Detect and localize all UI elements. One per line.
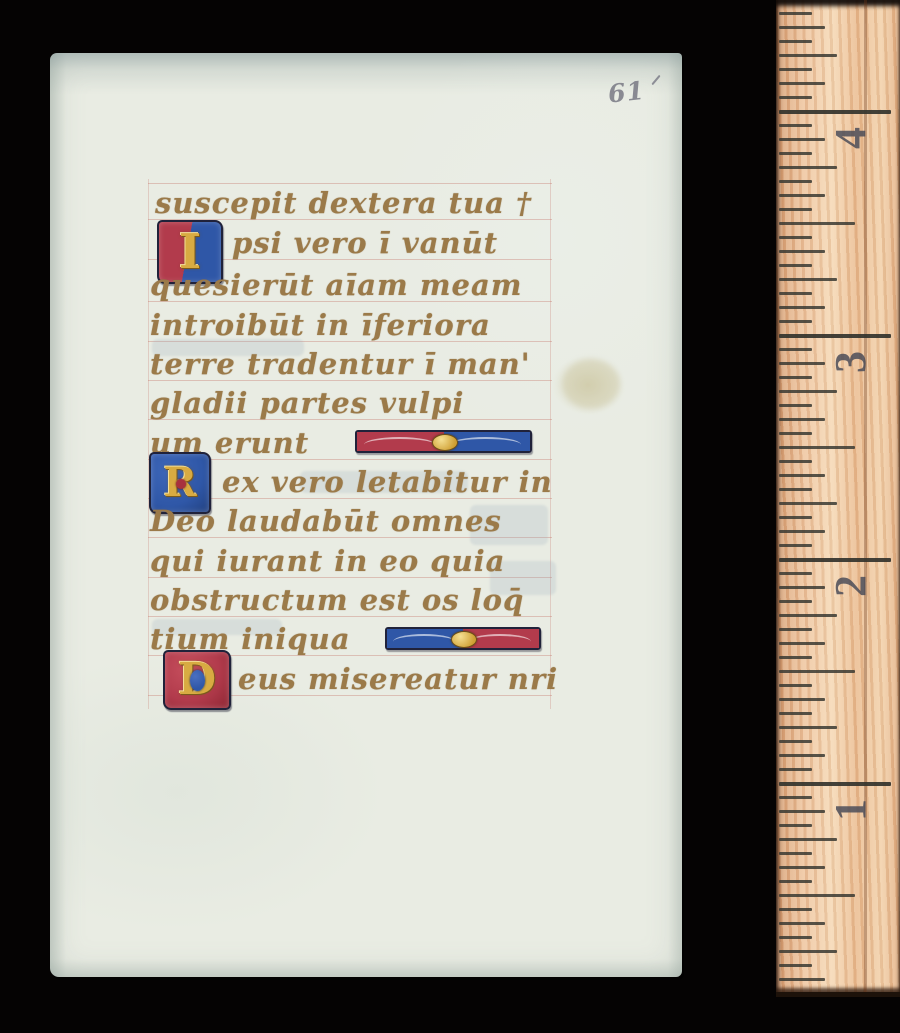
ruler-tick [779, 488, 812, 491]
ruler-tick [779, 894, 855, 897]
ruler-number: 4 [828, 116, 872, 160]
ruler-tick [779, 754, 825, 757]
initial-letter: R [163, 463, 196, 503]
ruler-tick [779, 26, 825, 29]
ruler-tick [779, 964, 812, 967]
manuscript-line: suscepit dextera tua † [155, 186, 532, 224]
ruled-line-vertical [550, 179, 551, 709]
ruler-tick [779, 572, 812, 575]
ruler-tick [779, 936, 812, 939]
ruler-tick [779, 908, 812, 911]
manuscript-line: gladii partes vulpi [150, 386, 464, 424]
ruler-tick [779, 208, 812, 211]
ruler-inch-tick [779, 558, 891, 562]
manuscript-line: qui iurant in eo quia [150, 544, 505, 582]
ruled-line-vertical [148, 179, 149, 709]
ruler-tick [779, 726, 837, 729]
ruler-tick [779, 768, 812, 771]
filler-gold-dot [451, 631, 477, 648]
ruler-tick [779, 628, 812, 631]
ruler-tick [779, 306, 825, 309]
ruler-tick [779, 712, 812, 715]
ruler-tick [779, 264, 812, 267]
ruler-tick [779, 810, 825, 813]
vellum-stain [562, 359, 620, 409]
ruler-number: 3 [828, 340, 872, 384]
ruler-tick [779, 40, 812, 43]
ruler-tick [779, 796, 812, 799]
illuminated-initial-d: D [163, 650, 231, 710]
manuscript-line: introibūt in īferiora [150, 308, 491, 346]
ruler-tick [779, 656, 812, 659]
ruler-tick [779, 138, 825, 141]
ruler-inch-tick [779, 782, 891, 786]
ruler-tick [779, 516, 812, 519]
ruler-tick [779, 922, 825, 925]
ruler-tick [779, 278, 837, 281]
ruler-tick [779, 852, 812, 855]
ruler-number: 1 [828, 788, 872, 832]
ruler-tick [779, 880, 812, 883]
ruler-tick [779, 236, 812, 239]
initial-letter: D [178, 658, 216, 702]
ruler-tick [779, 54, 837, 57]
ruler-number: 2 [828, 564, 872, 608]
ruler-tick [779, 950, 837, 953]
manuscript-line: eus misereatur nri [238, 662, 558, 700]
ruler-tick [779, 740, 812, 743]
ruler-tick [779, 586, 825, 589]
ruler-tick [779, 166, 837, 169]
ruler-tick [779, 124, 812, 127]
ruler-tick [779, 12, 812, 15]
page-number: 61 [607, 74, 660, 108]
ruler-tick [779, 838, 837, 841]
ruler-tick [779, 418, 825, 421]
ruler-tick [779, 614, 837, 617]
ruler-tick [779, 376, 812, 379]
filler-gold-dot [432, 434, 458, 451]
wooden-ruler: 4321 [776, 0, 900, 997]
ruler-tick [779, 96, 812, 99]
ruler-tick [779, 474, 825, 477]
manuscript-leaf: 61 suscepit dextera tua †Ipsi vero ī van… [50, 53, 682, 977]
ruler-tick [779, 348, 812, 351]
ruler-tick [779, 978, 825, 981]
ruler-tick [779, 544, 812, 547]
ruler-tick [779, 194, 825, 197]
ruler-tick [779, 670, 855, 673]
ruler-tick [779, 824, 812, 827]
manuscript-line: Deo laudabūt omnes [150, 504, 502, 542]
ruler-tick [779, 530, 825, 533]
ruler-inch-tick [779, 334, 891, 338]
ruler-tick [779, 502, 837, 505]
ruler-tick [779, 152, 812, 155]
manuscript-line: terre tradentur ī man' [150, 347, 531, 385]
photo-background: 61 suscepit dextera tua †Ipsi vero ī van… [0, 0, 900, 1033]
manuscript-line: quesierūt aīam meam [150, 268, 522, 306]
ruled-line [148, 183, 552, 184]
ruler-tick [779, 82, 825, 85]
ruler-tick [779, 222, 855, 225]
ruler-tick [779, 180, 812, 183]
ruler-tick [779, 600, 812, 603]
ruler-tick [779, 362, 825, 365]
ruler-tick [779, 320, 812, 323]
line-filler-bar [385, 627, 541, 650]
ruler-tick [779, 446, 855, 449]
ruler-tick [779, 68, 812, 71]
ruler-tick [779, 698, 825, 701]
ruler-tick [779, 866, 825, 869]
ruler-inch-tick [779, 110, 891, 114]
manuscript-line: psi vero ī vanūt [232, 226, 498, 264]
ruler-tick [779, 250, 825, 253]
ruler-tick [779, 642, 825, 645]
line-filler-bar [355, 430, 532, 453]
manuscript-line: ex vero letabitur in [222, 465, 553, 503]
ruler-tick [779, 432, 812, 435]
ruler-tick [779, 390, 837, 393]
ruler-tick [779, 292, 812, 295]
ruler-tick [779, 684, 812, 687]
ruler-tick [779, 404, 812, 407]
manuscript-line: obstructum est os loq̄ [150, 583, 524, 621]
filler-left-half [357, 432, 444, 451]
ruler-tick [779, 460, 812, 463]
